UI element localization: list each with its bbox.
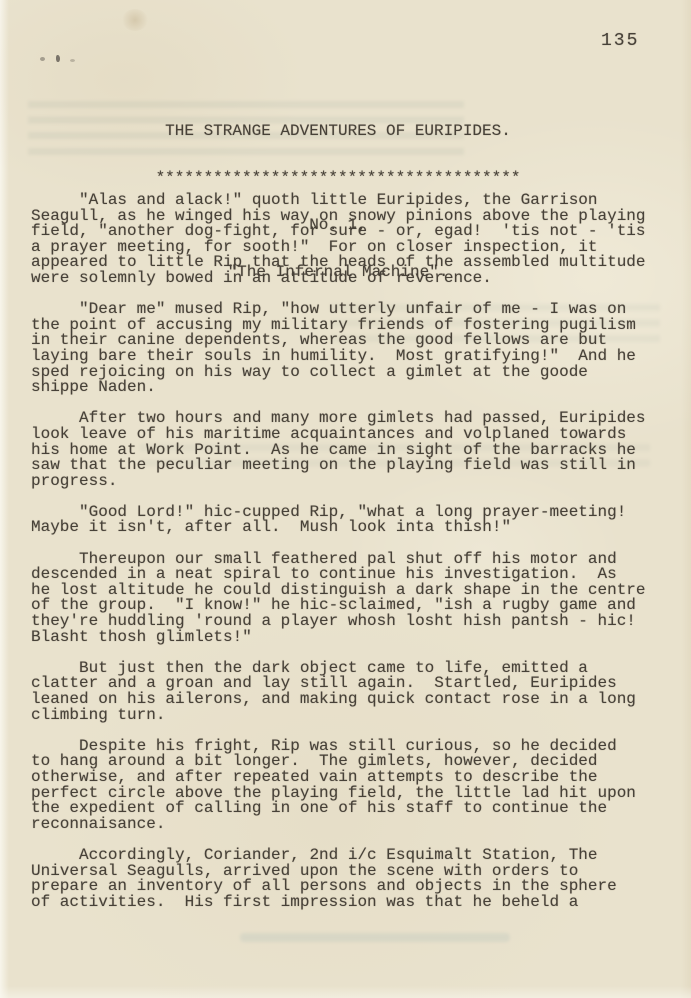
ink-speck <box>56 55 60 62</box>
bleed-through-texture <box>240 933 510 942</box>
story-paragraph: "Dear me" mused Rip, "how utterly unfair… <box>31 302 659 396</box>
story-paragraph: Despite his fright, Rip was still curiou… <box>31 739 659 833</box>
ink-speck <box>70 59 75 62</box>
story-paragraph: "Alas and alack!" quoth little Euripides… <box>31 193 659 287</box>
story-paragraph: Thereupon our small feathered pal shut o… <box>31 552 659 646</box>
story-paragraph: "Good Lord!" hic-cupped Rip, "what a lon… <box>31 505 659 536</box>
story-title: THE STRANGE ADVENTURES OF EURIPIDES. <box>31 124 645 140</box>
paper-stain <box>122 9 148 31</box>
title-divider-asterisks: ************************************** <box>31 171 645 187</box>
ink-speck <box>40 57 45 61</box>
story-paragraph: Accordingly, Coriander, 2nd i/c Esquimal… <box>31 848 659 910</box>
scanned-typewritten-page: 135 THE STRANGE ADVENTURES OF EURIPIDES.… <box>0 0 691 998</box>
story-body: "Alas and alack!" quoth little Euripides… <box>31 193 659 926</box>
page-number: 135 <box>601 31 639 51</box>
story-paragraph: After two hours and many more gimlets ha… <box>31 411 659 489</box>
story-paragraph: But just then the dark object came to li… <box>31 661 659 723</box>
